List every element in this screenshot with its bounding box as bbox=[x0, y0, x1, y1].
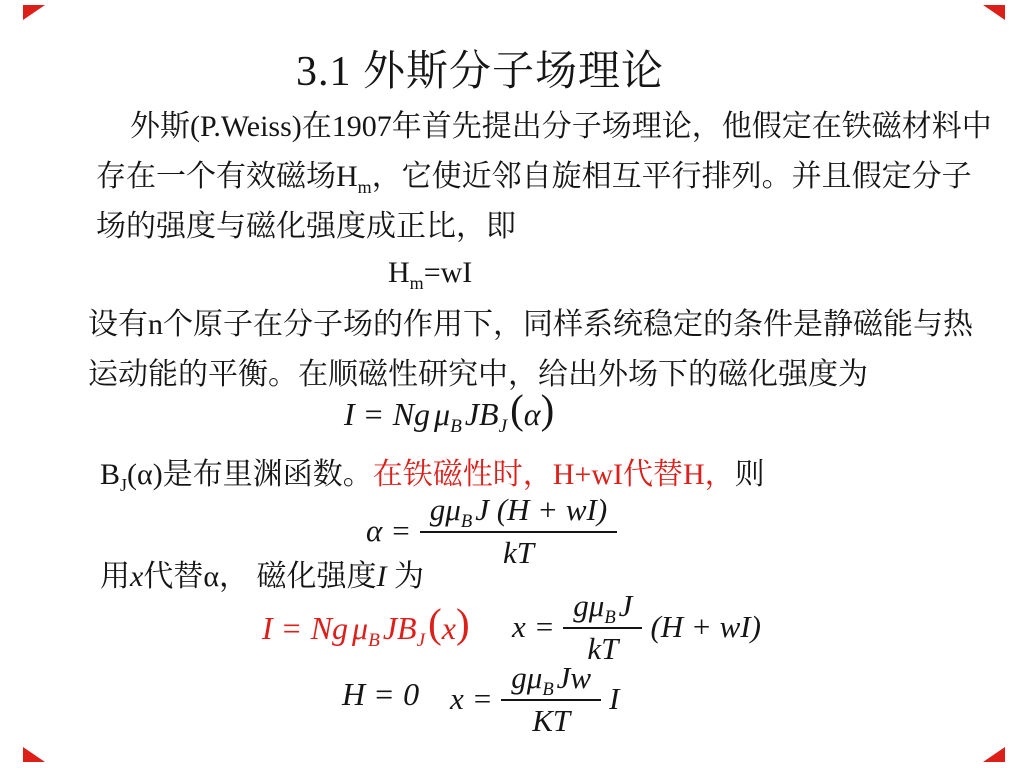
corner-mark-top-right bbox=[983, 5, 1005, 20]
math-var: I bbox=[344, 396, 355, 432]
math-var: Ng bbox=[393, 396, 430, 432]
math-expr: H=0 bbox=[342, 676, 419, 713]
close-paren: ) bbox=[456, 600, 470, 646]
subscript: J bbox=[417, 630, 426, 651]
math-var: gμ bbox=[430, 492, 461, 527]
close-paren: ) bbox=[541, 386, 555, 432]
text-run: 代替α， bbox=[143, 560, 249, 593]
presentation-slide: 3.1 外斯分子场理论 外斯(P.Weiss)在1907年首先提出分子场理论，他… bbox=[0, 0, 1024, 768]
equals-sign: = bbox=[474, 681, 491, 716]
corner-mark-bottom-right bbox=[983, 747, 1005, 762]
text-run: 则 bbox=[735, 458, 765, 491]
text-line: 设有n个原子在分子场的作用下，同样系统稳定的条件是静磁能与热 bbox=[88, 300, 973, 350]
line-substitute-x: 用x代替α， 磁化强度I 为 bbox=[100, 552, 424, 602]
math-var: gμ bbox=[511, 660, 542, 695]
math-expr: =wI bbox=[424, 256, 473, 289]
math-var: I bbox=[609, 681, 619, 717]
math-var: J bbox=[619, 588, 633, 623]
formula-molecular-field: Hm=wI bbox=[388, 256, 472, 290]
text-line: 外斯(P.Weiss)在1907年首先提出分子场理论，他假定在铁磁材料中 bbox=[96, 102, 992, 152]
math-var: JB bbox=[465, 396, 499, 432]
subscript: J bbox=[499, 416, 508, 437]
slide-title: 3.1 外斯分子场理论 bbox=[0, 38, 960, 98]
text-run: ，它使近邻自旋相互平行排列。并且假定分子 bbox=[372, 160, 972, 193]
formula-magnetization-x-red: I=NgμBJBJ(x) bbox=[262, 602, 470, 649]
subscript: B bbox=[450, 416, 462, 437]
math-expr: x= bbox=[450, 681, 501, 717]
denominator: KT bbox=[532, 701, 570, 739]
numerator: gμBJ (H + wI) bbox=[420, 492, 617, 533]
math-expr: (H + wI) bbox=[650, 609, 760, 645]
text-run: 运动能的平衡。在顺磁性研究中，给出外场下的磁化强度为 bbox=[88, 358, 868, 391]
text-run: 存在一个有效磁场H bbox=[96, 160, 358, 193]
paragraph-weiss-intro: 外斯(P.Weiss)在1907年首先提出分子场理论，他假定在铁磁材料中 存在一… bbox=[96, 102, 992, 252]
math-var: x bbox=[450, 681, 464, 716]
text-run: 场的强度与磁化强度成正比，即 bbox=[96, 210, 516, 243]
text-run: 磁化强度 bbox=[249, 560, 377, 593]
denominator: kT bbox=[503, 533, 534, 571]
math-var: gμ bbox=[573, 588, 604, 623]
text-run: 设有n个原子在分子场的作用下，同样系统稳定的条件是静磁能与热 bbox=[88, 308, 973, 341]
formula-x-h0-fraction: x= gμBJw KT I bbox=[450, 660, 619, 738]
math-expr: I=NgμBJBJ(x) bbox=[262, 602, 470, 649]
subscript: m bbox=[358, 177, 372, 197]
math-expr: x= bbox=[512, 609, 563, 645]
math-var: H bbox=[342, 676, 365, 712]
math-expr: α= bbox=[366, 513, 420, 549]
paragraph-n-atoms: 设有n个原子在分子场的作用下，同样系统稳定的条件是静磁能与热 运动能的平衡。在顺… bbox=[88, 300, 973, 400]
text-line: 存在一个有效磁场Hm，它使近邻自旋相互平行排列。并且假定分子 bbox=[96, 152, 992, 202]
math-var: JB bbox=[383, 610, 417, 646]
equals-sign: = bbox=[283, 610, 301, 646]
equals-sign: = bbox=[365, 396, 383, 432]
subscript: J bbox=[120, 475, 127, 495]
open-paren: ( bbox=[510, 386, 524, 432]
formula-magnetization-alpha: I=NgμBJBJ(α) bbox=[344, 388, 554, 435]
fraction: gμBJw KT bbox=[501, 660, 601, 738]
subscript: B bbox=[461, 511, 472, 532]
math-value: 0 bbox=[403, 676, 419, 712]
math-var: I bbox=[377, 560, 387, 593]
math-expr: I=NgμBJBJ(α) bbox=[344, 388, 554, 435]
subscript: m bbox=[410, 273, 424, 293]
open-paren: ( bbox=[428, 600, 442, 646]
equals-sign: = bbox=[375, 676, 393, 712]
math-var: B bbox=[100, 458, 120, 491]
math-var: Ng bbox=[311, 610, 348, 646]
math-var: I bbox=[262, 610, 273, 646]
subscript: B bbox=[542, 679, 553, 700]
math-mu: μ bbox=[352, 610, 368, 646]
formula-x-fraction: x= gμBJ kT (H + wI) bbox=[512, 588, 761, 666]
math-arg: α bbox=[524, 396, 541, 432]
corner-mark-bottom-left bbox=[23, 747, 45, 762]
text-run: 为 bbox=[387, 560, 425, 593]
math-arg: x bbox=[442, 610, 456, 646]
subscript: B bbox=[604, 607, 615, 628]
math-expr: J (H + wI) bbox=[475, 492, 607, 527]
text-run: 用 bbox=[100, 560, 130, 593]
formula-h-equals-zero: H=0 bbox=[342, 676, 419, 713]
math-var: Jw bbox=[557, 660, 591, 695]
fraction: gμBJ kT bbox=[563, 588, 642, 666]
subscript: B bbox=[368, 630, 380, 651]
equals-sign: = bbox=[392, 513, 409, 548]
fraction: gμBJ (H + wI) kT bbox=[420, 492, 617, 570]
text-line: 场的强度与磁化强度成正比，即 bbox=[96, 202, 992, 252]
math-var: x bbox=[512, 609, 526, 644]
math-var: α bbox=[366, 513, 382, 548]
math-var: H bbox=[388, 256, 410, 289]
numerator: gμBJw bbox=[501, 660, 601, 701]
math-var: x bbox=[130, 560, 143, 593]
corner-mark-top-left bbox=[23, 5, 45, 20]
text-run-red-highlight: 在铁磁性时，H+wI代替H， bbox=[373, 458, 735, 491]
equals-sign: = bbox=[536, 609, 553, 644]
text-run: (α)是布里渊函数。 bbox=[127, 458, 373, 491]
math-mu: μ bbox=[434, 396, 450, 432]
text-line: 用x代替α， 磁化强度I 为 bbox=[100, 552, 424, 602]
numerator: gμBJ bbox=[563, 588, 642, 629]
text-run: 外斯(P.Weiss)在1907年首先提出分子场理论，他假定在铁磁材料中 bbox=[130, 110, 992, 143]
